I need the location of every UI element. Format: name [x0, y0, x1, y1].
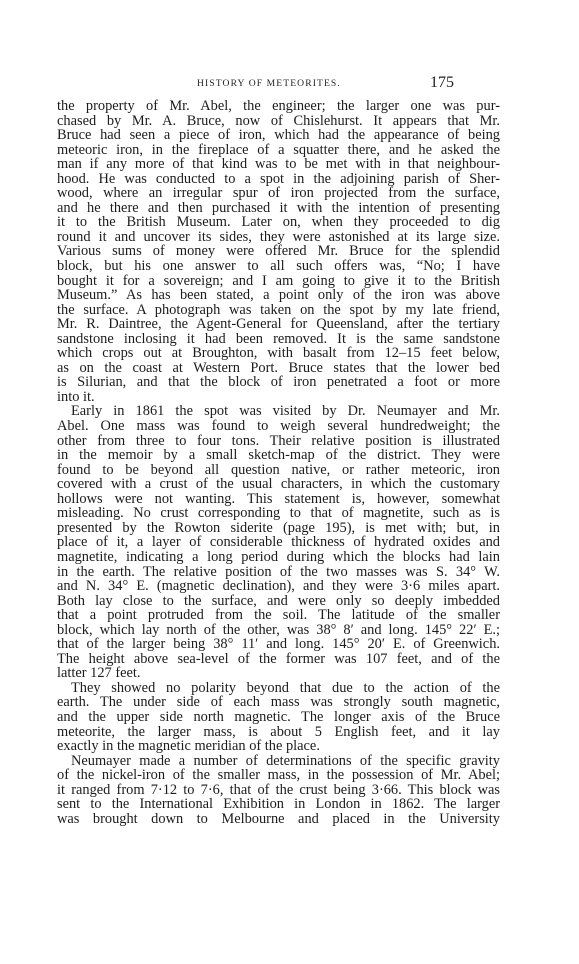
text-line: chased by Mr. A. Bruce, now of Chislehur…	[57, 114, 500, 129]
text-line: Bruce had seen a piece of iron, which ha…	[57, 128, 500, 143]
page-number: 175	[430, 74, 454, 92]
text-line: The height above sea-level of the former…	[57, 652, 500, 667]
text-line: round it and uncover its sides, they wer…	[57, 230, 500, 245]
text-line: Museum.” As has been stated, a point onl…	[57, 288, 500, 303]
text-line: They showed no polarity beyond that due …	[57, 681, 500, 696]
text-line: other from three to four tons. Their rel…	[57, 434, 500, 449]
text-line: in the earth. The relative position of t…	[57, 565, 500, 580]
text-line: and the upper side north magnetic. The l…	[57, 710, 500, 725]
text-line: latter 127 feet.	[57, 666, 500, 681]
text-line: sandstone inclosing it had been removed.…	[57, 332, 500, 347]
text-line: place of it, a layer of considerable thi…	[57, 535, 500, 550]
book-page: HISTORY OF METEORITES. 175 the property …	[0, 0, 579, 964]
text-line: magnetite, indicating a long period duri…	[57, 550, 500, 565]
text-line: covered with a crust of the usual charac…	[57, 477, 500, 492]
text-line: presented by the Rowton siderite (page 1…	[57, 521, 500, 536]
paragraph: the property of Mr. Abel, the engineer; …	[57, 99, 500, 404]
text-line: that of the larger being 38° 11′ and lon…	[57, 637, 500, 652]
text-line: Neumayer made a number of determinations…	[57, 754, 500, 769]
text-line: block, which lay north of the other, was…	[57, 623, 500, 638]
text-line: Abel. One mass was found to weigh severa…	[57, 419, 500, 434]
text-line: Early in 1861 the spot was visited by Dr…	[57, 404, 500, 419]
text-line: hollows were not wanting. This statement…	[57, 492, 500, 507]
running-title: HISTORY OF METEORITES.	[197, 78, 341, 89]
text-line: Both lay close to the surface, and were …	[57, 594, 500, 609]
text-line: in the memoir by a small sketch-map of t…	[57, 448, 500, 463]
text-line: block, but his one answer to all such of…	[57, 259, 500, 274]
text-line: which crops out at Broughton, with basal…	[57, 346, 500, 361]
running-head: HISTORY OF METEORITES. 175	[57, 75, 500, 93]
text-line: meteorite, the larger mass, is about 5 E…	[57, 725, 500, 740]
text-line: meteoric iron, in the fireplace of a squ…	[57, 143, 500, 158]
text-line: misleading. No crust corresponding to th…	[57, 506, 500, 521]
text-line: was brought down to Melbourne and placed…	[57, 812, 500, 827]
text-line: bought it for a sovereign; and I am goin…	[57, 274, 500, 289]
text-line: and he there and then purchased it with …	[57, 201, 500, 216]
text-line: earth. The under side of each mass was s…	[57, 695, 500, 710]
paragraph: Neumayer made a number of determinations…	[57, 754, 500, 827]
body-text: the property of Mr. Abel, the engineer; …	[57, 99, 500, 826]
text-line: is Silurian, and that the block of iron …	[57, 375, 500, 390]
text-line: Mr. R. Daintree, the Agent-General for Q…	[57, 317, 500, 332]
text-line: that a point protruded from the soil. Th…	[57, 608, 500, 623]
text-line: exactly in the magnetic meridian of the …	[57, 739, 500, 754]
text-line: of the nickel-iron of the smaller mass, …	[57, 768, 500, 783]
paragraph: They showed no polarity beyond that due …	[57, 681, 500, 754]
text-line: and N. 34° E. (magnetic declination), an…	[57, 579, 500, 594]
text-line: it ranged from 7·12 to 7·6, that of the …	[57, 783, 500, 798]
text-line: it to the British Museum. Later on, when…	[57, 215, 500, 230]
text-line: sent to the International Exhibition in …	[57, 797, 500, 812]
text-line: into it.	[57, 390, 500, 405]
text-line: hood. He was conducted to a spot in the …	[57, 172, 500, 187]
text-line: Various sums of money were offered Mr. B…	[57, 244, 500, 259]
text-line: found to be beyond all question native, …	[57, 463, 500, 478]
paragraph: Early in 1861 the spot was visited by Dr…	[57, 404, 500, 680]
text-line: the property of Mr. Abel, the engineer; …	[57, 99, 500, 114]
text-line: wood, where an irregular spur of iron pr…	[57, 186, 500, 201]
text-line: as on the coast at Western Port. Bruce s…	[57, 361, 500, 376]
text-line: the surface. A photograph was taken on t…	[57, 303, 500, 318]
text-line: man if any more of that kind was to be m…	[57, 157, 500, 172]
